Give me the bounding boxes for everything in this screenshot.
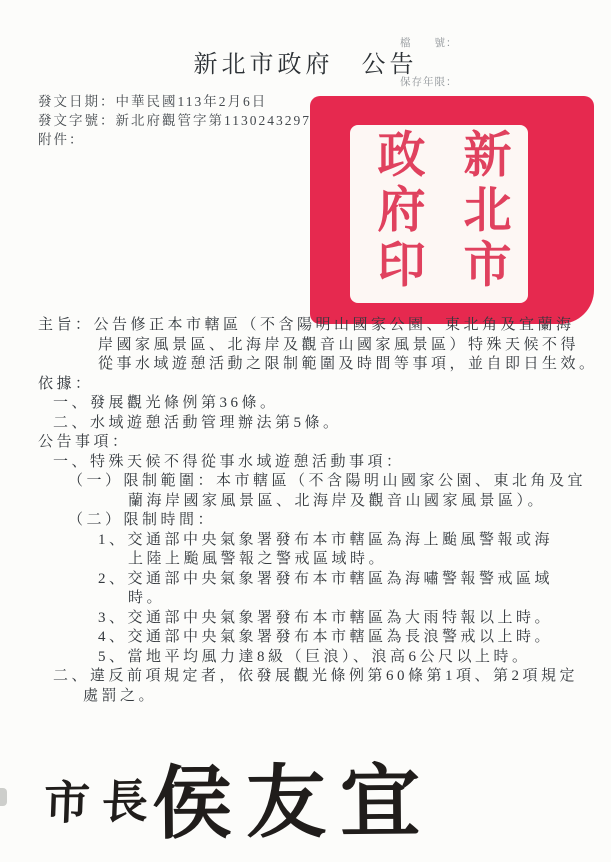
attachment-line: 附件： [38, 130, 327, 149]
body-line: 4、交通部中央氣象署發布本市轄區為長浪警戒以上時。 [38, 628, 598, 648]
body-line: 依據： [38, 375, 598, 395]
body-line: 二、違反前項規定者，依發展觀光條例第60條第1項、第2項規定 [38, 667, 598, 687]
seal-column-right: 新北市 [442, 128, 522, 299]
body-line: 2、交通部中央氣象署發布本市轄區為海嘯警報警戒區域 [38, 570, 598, 590]
body-line: 從事水域遊憩活動之限制範圍及時間等事項，並自即日生效。 [38, 355, 598, 375]
body-line: 5、當地平均風力達8級（巨浪）、浪高6公尺以上時。 [38, 648, 598, 668]
body-line: 公告事項： [38, 433, 598, 453]
body-line: 時。 [38, 589, 598, 609]
doc-number-line: 發文字號：新北府觀管字第1130243297號 [38, 111, 327, 130]
government-seal-stamp: 新北市 政府印 [310, 96, 594, 324]
body-line: 上陸上颱風警報之警戒區域時。 [38, 550, 598, 570]
body-line: 一、特殊天候不得從事水域遊憩活動事項： [38, 453, 598, 473]
body-line: 主旨：公告修正本市轄區（不含陽明山國家公園、東北角及宜蘭海 [38, 316, 598, 336]
seal-inner-face: 新北市 政府印 [350, 125, 528, 303]
document-title: 新北市政府 公告 [0, 44, 611, 79]
body-line: （一）限制範圍：本市轄區（不含陽明山國家公園、東北角及宜 [38, 472, 598, 492]
document-meta: 發文日期：中華民國113年2月6日 發文字號：新北府觀管字第1130243297… [38, 92, 327, 149]
body-line: （二）限制時間： [38, 511, 598, 531]
seal-script-text: 新北市 政府印 [356, 130, 522, 298]
issue-date-line: 發文日期：中華民國113年2月6日 [38, 92, 327, 111]
body-line: 處罰之。 [38, 687, 598, 707]
signature-block: 市長 侯友宜 [0, 738, 611, 858]
body-line: 1、交通部中央氣象署發布本市轄區為海上颱風警報或海 [38, 531, 598, 551]
body-text: 主旨：公告修正本市轄區（不含陽明山國家公園、東北角及宜蘭海岸國家風景區、北海岸及… [38, 316, 598, 706]
seal-column-left: 政府印 [356, 128, 436, 299]
mayor-name-calligraphy: 侯友宜 [152, 737, 435, 854]
body-line: 蘭海岸國家風景區、北海岸及觀音山國家風景區）。 [38, 492, 598, 512]
announcement-document: 檔 號： 保存年限： 新北市政府 公告 發文日期：中華民國113年2月6日 發文… [0, 0, 611, 862]
body-line: 3、交通部中央氣象署發布本市轄區為大雨特報以上時。 [38, 609, 598, 629]
body-line: 岸國家風景區、北海岸及觀音山國家風景區）特殊天候不得 [38, 336, 598, 356]
body-line: 二、水域遊憩活動管理辦法第5條。 [38, 414, 598, 434]
body-line: 一、發展觀光條例第36條。 [38, 394, 598, 414]
mayor-title-calligraphy: 市長 [43, 765, 161, 833]
